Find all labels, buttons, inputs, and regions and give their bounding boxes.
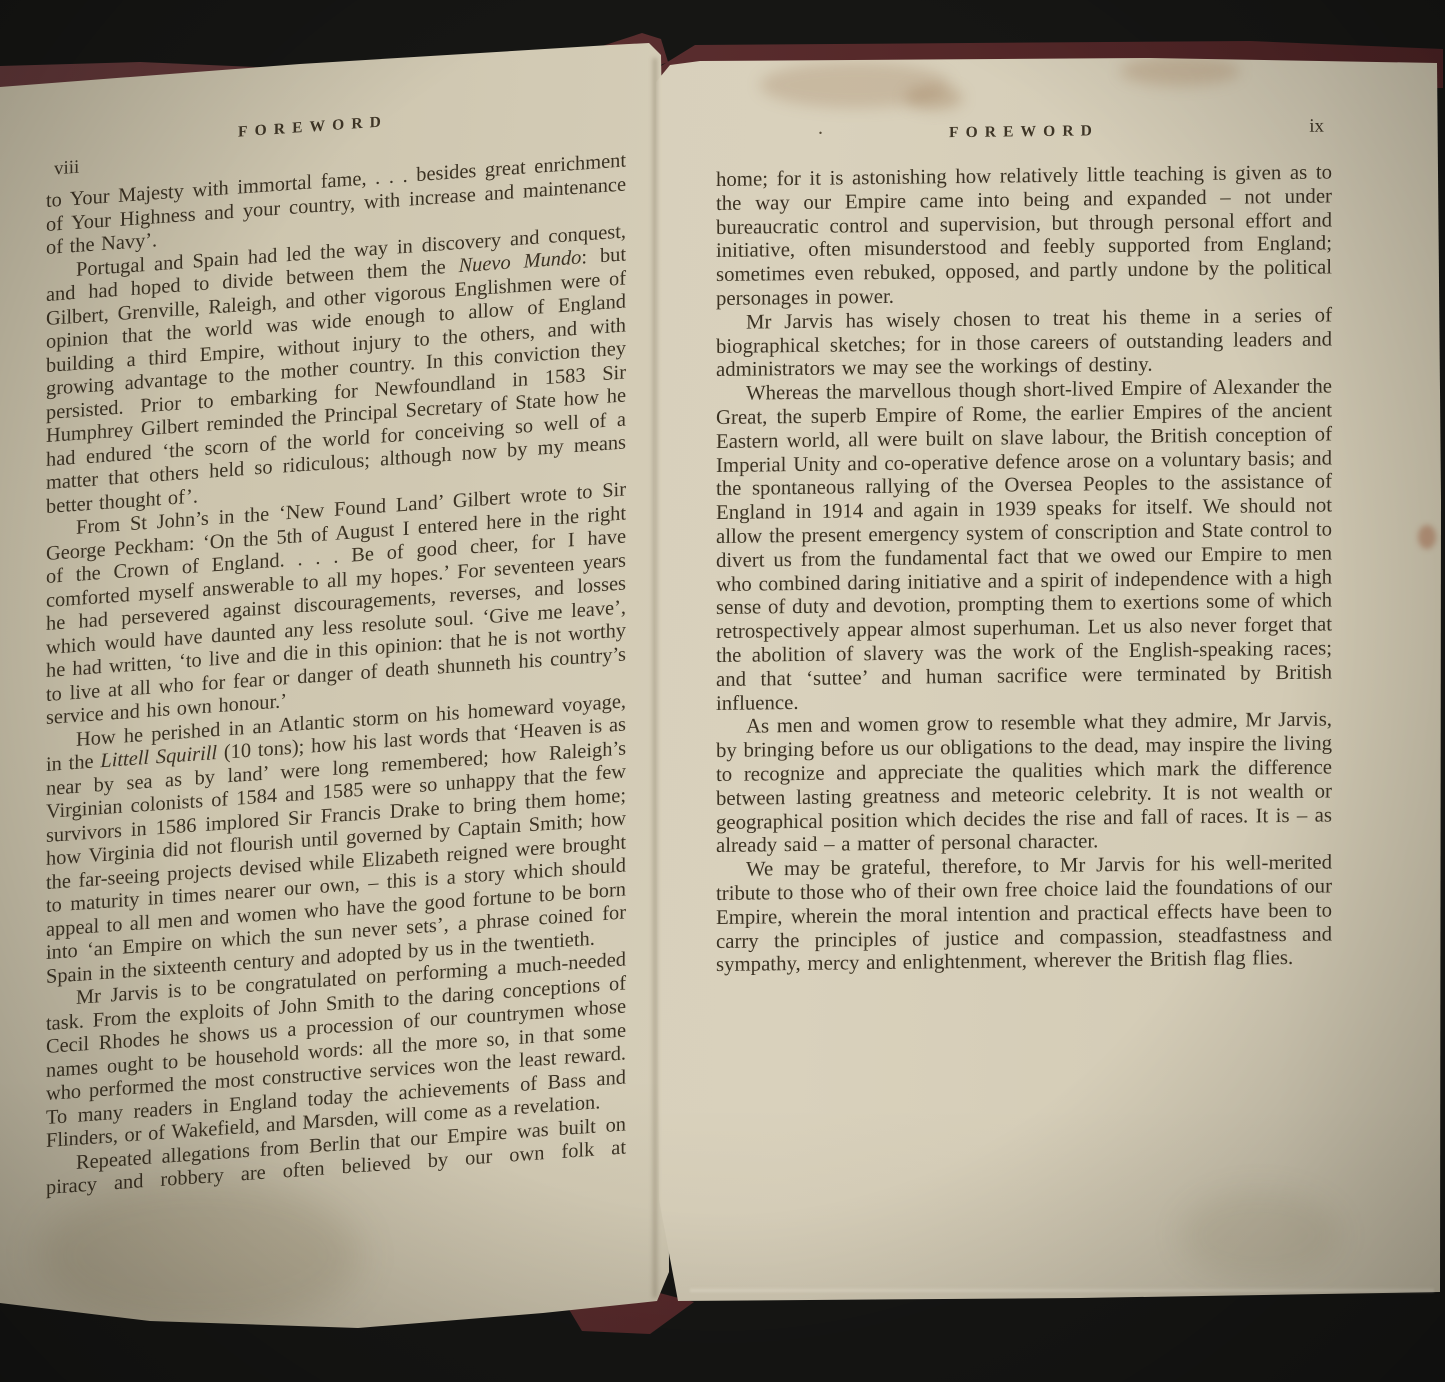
page-number: ix [1309, 115, 1324, 139]
right-page-body: home; for it is astonishing how relative… [716, 160, 1332, 977]
page-bottom-edge-highlight [690, 1287, 1434, 1292]
running-head: FOREWORD [716, 116, 1332, 147]
page-number: viii [54, 156, 79, 181]
paragraph: Whereas the marvellous though short-live… [716, 375, 1332, 716]
paragraph: Mr Jarvis has wisely chosen to treat his… [716, 303, 1332, 382]
running-head: FOREWORD [46, 97, 580, 158]
left-page-body: to Your Majesty with immortal fame, . . … [46, 149, 626, 1200]
stray-ink-dot: . [818, 117, 823, 141]
right-page-header: FOREWORD ix . [716, 116, 1332, 168]
gutter-crease [652, 58, 658, 1298]
paragraph: As men and women grow to resemble what t… [716, 708, 1332, 858]
page-stain [1180, 1190, 1340, 1280]
foxing-stain [905, 86, 963, 110]
paragraph: We may be grateful, therefore, to Mr Jar… [716, 851, 1332, 978]
paragraph: From St John’s in the ‘New Found Land’ G… [46, 478, 626, 730]
right-page-content: FOREWORD ix . home; for it is astonishin… [716, 116, 1332, 977]
paragraph: home; for it is astonishing how relative… [716, 160, 1332, 310]
paragraph: How he perished in an Atlantic storm on … [46, 690, 626, 989]
foxing-stain [1120, 56, 1240, 86]
page-stain [40, 1180, 360, 1330]
book-photo: FOREWORD viii to Your Majesty with immor… [0, 0, 1445, 1382]
left-page-content: FOREWORD viii to Your Majesty with immor… [46, 93, 626, 1200]
paragraph: Portugal and Spain had led the way in di… [46, 220, 626, 519]
foxing-stain [1418, 525, 1436, 549]
